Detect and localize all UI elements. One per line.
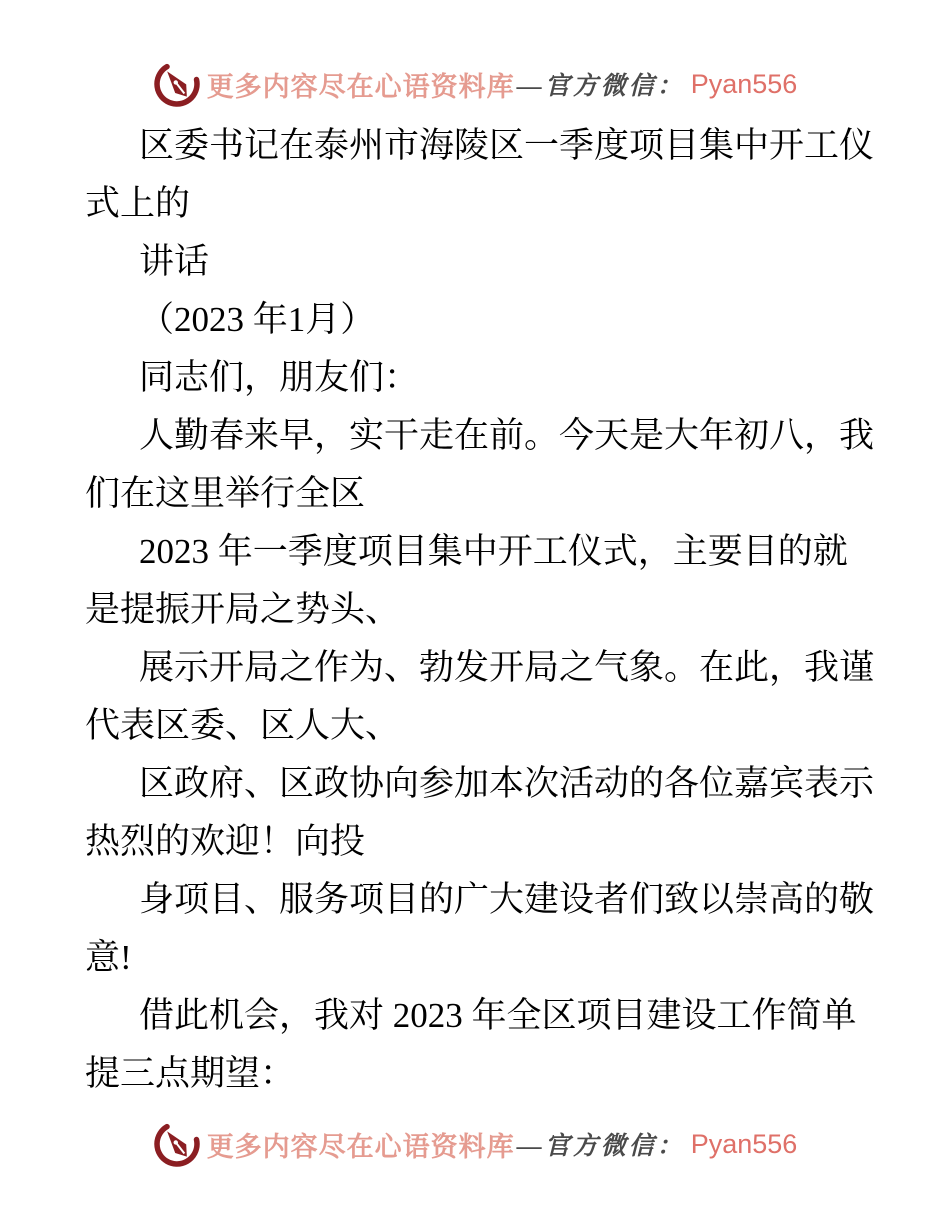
watermark-wechat-id: Pyan556 — [691, 69, 798, 100]
watermark-brand-text: 更多内容尽在心语资料库 — [207, 65, 515, 104]
doc-line: 2023 年一季度项目集中开工仪式，主要目的就 — [85, 523, 885, 581]
document-body: 区委书记在泰州市海陵区一季度项目集中开工仪式上的讲话（2023 年1月）同志们，… — [85, 117, 885, 1103]
watermark-header: 更多内容尽在心语资料库 —官方微信： Pyan556 — [0, 60, 950, 108]
watermark-wechat-id: Pyan556 — [691, 1129, 798, 1160]
doc-line: 们在这里举行全区 — [85, 465, 885, 523]
doc-line: 代表区委、区人大、 — [85, 697, 885, 755]
pen-nib-circle-icon — [153, 60, 201, 108]
doc-line: 热烈的欢迎！向投 — [85, 813, 885, 871]
watermark-footer: 更多内容尽在心语资料库 —官方微信： Pyan556 — [0, 1120, 950, 1168]
doc-line: 讲话 — [85, 233, 885, 291]
watermark-wechat-label: —官方微信： — [517, 66, 685, 102]
doc-line: 意! — [85, 929, 885, 987]
doc-line: 人勤春来早，实干走在前。今天是大年初八，我 — [85, 407, 885, 465]
watermark-wechat-label: —官方微信： — [517, 1126, 685, 1162]
doc-line: 展示开局之作为、勃发开局之气象。在此，我谨 — [85, 639, 885, 697]
doc-line: 身项目、服务项目的广大建设者们致以崇高的敬 — [85, 871, 885, 929]
doc-line: 同志们，朋友们： — [85, 349, 885, 407]
document-page: 更多内容尽在心语资料库 —官方微信： Pyan556 区委书记在泰州市海陵区一季… — [0, 0, 950, 1230]
doc-line: （2023 年1月） — [85, 291, 885, 349]
doc-line: 区委书记在泰州市海陵区一季度项目集中开工仪 — [85, 117, 885, 175]
doc-line: 式上的 — [85, 175, 885, 233]
doc-line: 区政府、区政协向参加本次活动的各位嘉宾表示 — [85, 755, 885, 813]
pen-nib-circle-icon — [153, 1120, 201, 1168]
doc-line: 提三点期望： — [85, 1045, 885, 1103]
doc-line: 借此机会，我对 2023 年全区项目建设工作简单 — [85, 987, 885, 1045]
doc-line: 是提振开局之势头、 — [85, 581, 885, 639]
watermark-brand-text: 更多内容尽在心语资料库 — [207, 1125, 515, 1164]
